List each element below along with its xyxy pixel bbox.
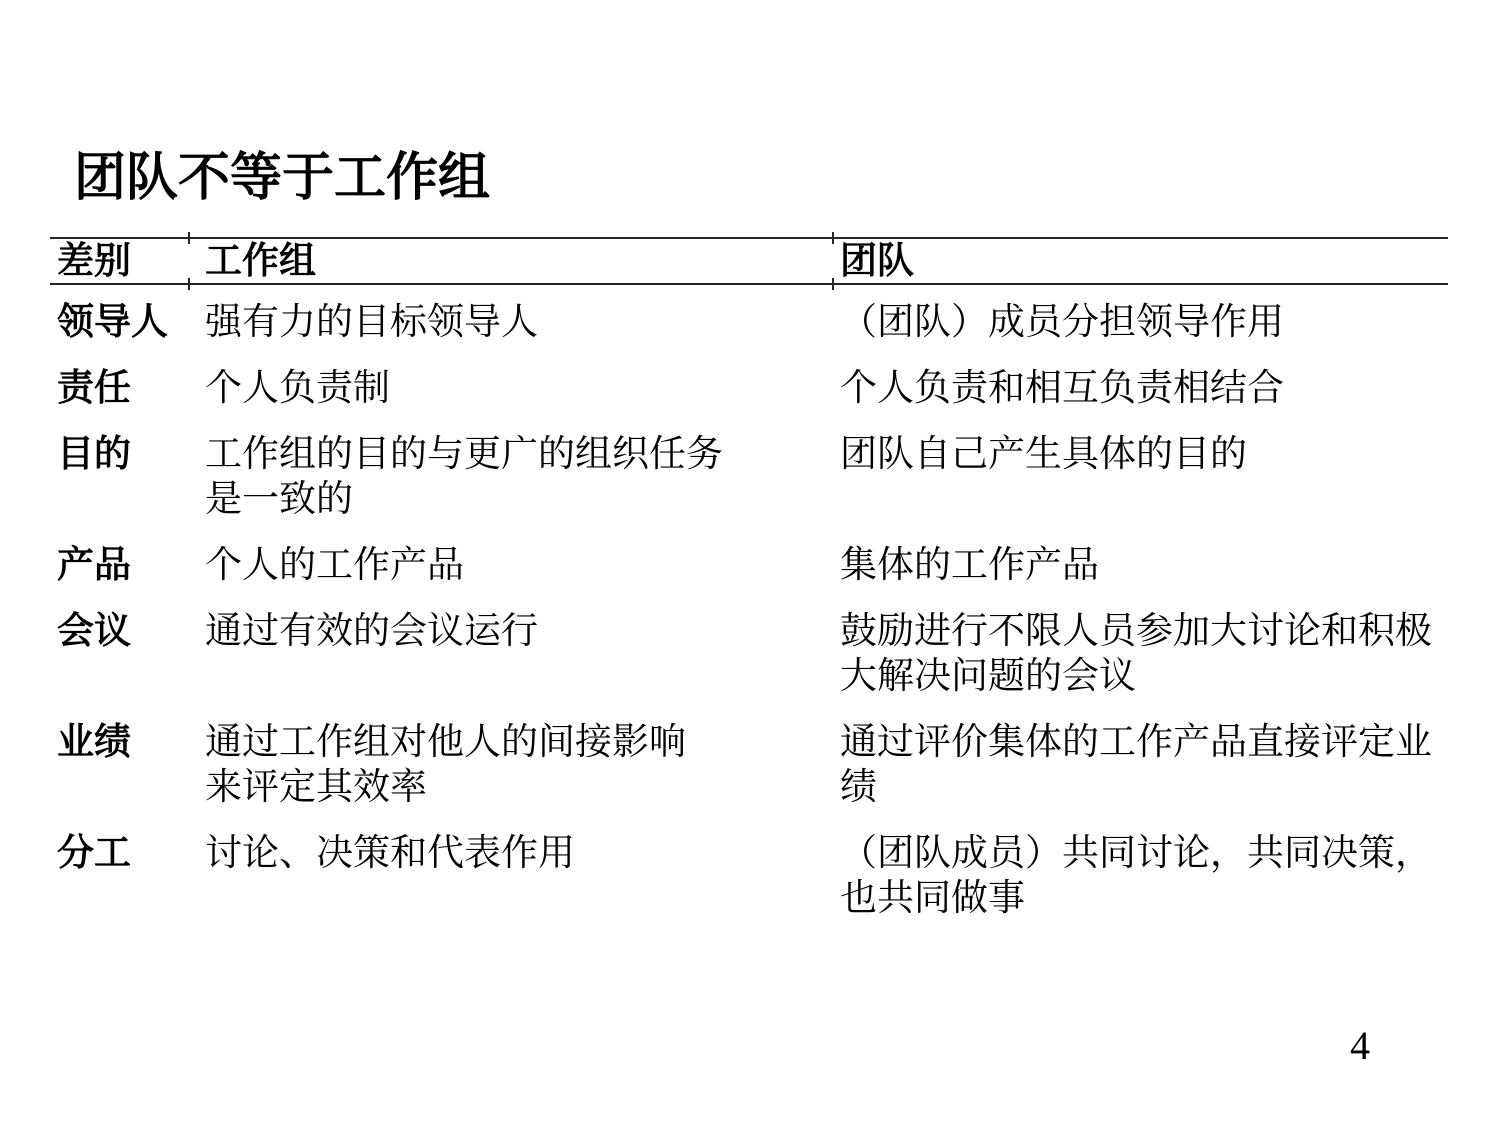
slide: 团队不等于工作组 差别 工作组 团队 领导人 强有力的目标领导人 （团队）成员分… (0, 0, 1500, 1125)
page-number: 4 (1350, 1022, 1370, 1070)
header-team: 团队 (840, 241, 1448, 283)
workgroup-cell: 通过工作组对他人的间接影响 来评定其效率 (205, 720, 840, 810)
table-row: 目的 工作组的目的与更广的组织任务 是一致的 团队自己产生具体的目的 (57, 432, 1448, 522)
row-label: 产品 (57, 543, 205, 588)
table-header-row: 差别 工作组 团队 (57, 241, 1448, 283)
slide-title: 团队不等于工作组 (74, 148, 490, 210)
header-difference: 差别 (57, 241, 205, 283)
row-label: 业绩 (57, 720, 205, 810)
table-header-bottom-rule (50, 283, 1448, 285)
workgroup-cell: 工作组的目的与更广的组织任务 是一致的 (205, 432, 840, 522)
row-label: 领导人 (57, 300, 205, 345)
row-label: 责任 (57, 366, 205, 411)
row-label: 会议 (57, 609, 205, 699)
workgroup-cell: 通过有效的会议运行 (205, 609, 840, 699)
table-top-rule (50, 237, 1448, 239)
table-row: 领导人 强有力的目标领导人 （团队）成员分担领导作用 (57, 300, 1448, 345)
team-cell: （团队）成员分担领导作用 (840, 300, 1448, 345)
team-cell: 集体的工作产品 (840, 543, 1448, 588)
row-label: 目的 (57, 432, 205, 522)
table-body: 领导人 强有力的目标领导人 （团队）成员分担领导作用 责任 个人负责制 个人负责… (57, 300, 1448, 942)
team-cell: 通过评价集体的工作产品直接评定业 绩 (840, 720, 1448, 810)
row-label: 分工 (57, 831, 205, 921)
workgroup-cell: 个人的工作产品 (205, 543, 840, 588)
team-cell: 团队自己产生具体的目的 (840, 432, 1448, 522)
team-cell: 个人负责和相互负责相结合 (840, 366, 1448, 411)
team-cell: （团队成员）共同讨论，共同决策， 也共同做事 (840, 831, 1448, 921)
workgroup-cell: 讨论、决策和代表作用 (205, 831, 840, 921)
team-cell: 鼓励进行不限人员参加大讨论和积极 大解决问题的会议 (840, 609, 1448, 699)
table-row: 会议 通过有效的会议运行 鼓励进行不限人员参加大讨论和积极 大解决问题的会议 (57, 609, 1448, 699)
table-row: 分工 讨论、决策和代表作用 （团队成员）共同讨论，共同决策， 也共同做事 (57, 831, 1448, 921)
table-row: 产品 个人的工作产品 集体的工作产品 (57, 543, 1448, 588)
workgroup-cell: 强有力的目标领导人 (205, 300, 840, 345)
table-row: 业绩 通过工作组对他人的间接影响 来评定其效率 通过评价集体的工作产品直接评定业… (57, 720, 1448, 810)
table-row: 责任 个人负责制 个人负责和相互负责相结合 (57, 366, 1448, 411)
header-workgroup: 工作组 (205, 241, 840, 283)
workgroup-cell: 个人负责制 (205, 366, 840, 411)
